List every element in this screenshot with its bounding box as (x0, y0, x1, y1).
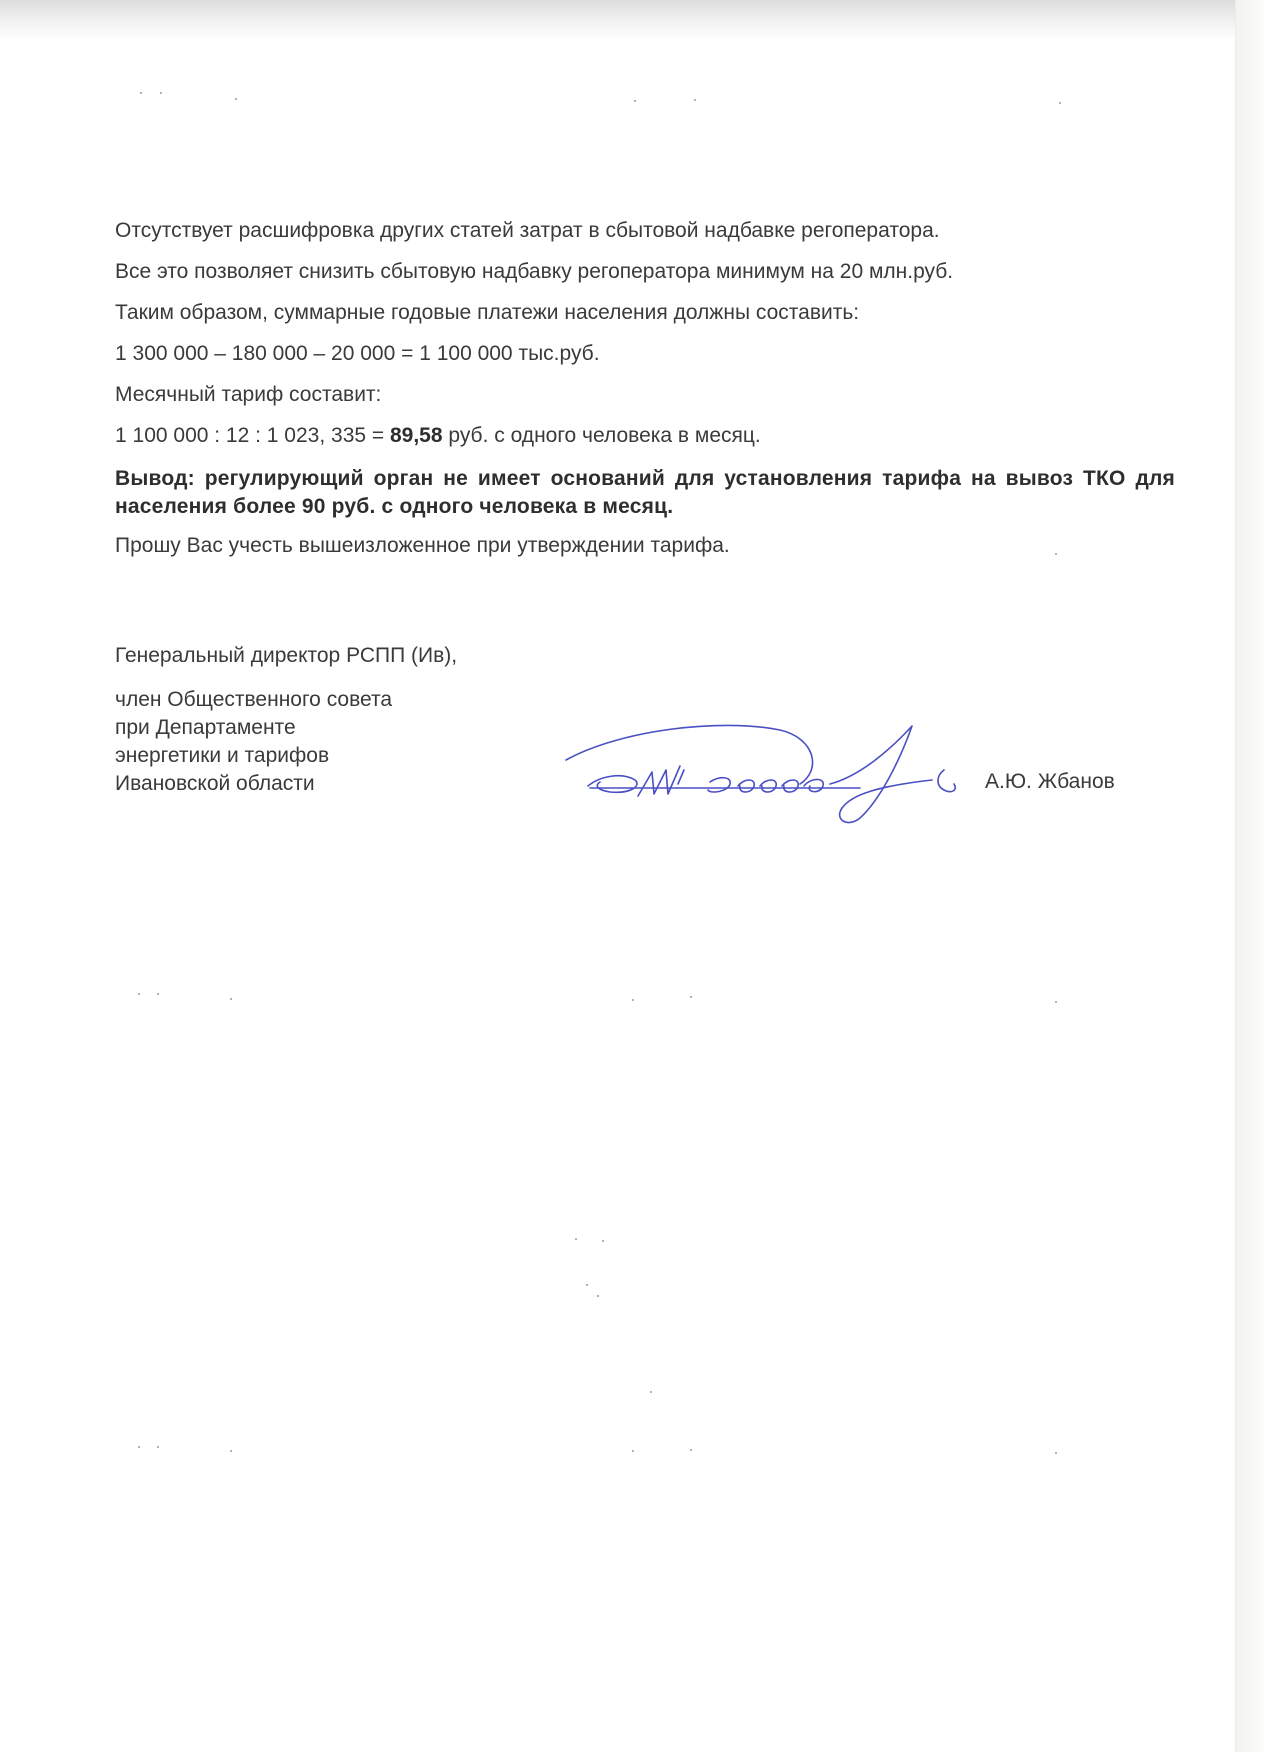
signatory-title-block: Генеральный директор РСПП (Ив), член Общ… (115, 644, 457, 798)
scan-speck (140, 92, 142, 94)
scan-speck (650, 1391, 652, 1393)
scanned-page: Отсутствует расшифровка других статей за… (0, 0, 1264, 1752)
scan-speck (632, 1450, 634, 1452)
scan-speck (138, 993, 140, 995)
paragraph-missing-breakdown: Отсутствует расшифровка других статей за… (115, 210, 1175, 251)
calculation-expression: 1 100 000 : 12 : 1 023, 335 = (115, 424, 390, 447)
scan-speck (586, 1284, 588, 1286)
council-line: член Общественного совета (115, 686, 457, 714)
signatory-council-membership: член Общественного совета при Департамен… (115, 686, 457, 798)
scan-speck (138, 1446, 140, 1448)
scan-speck (602, 1240, 604, 1242)
signatory-role: Генеральный директор РСПП (Ив), (115, 644, 457, 668)
scan-speck (694, 99, 696, 101)
handwritten-signature-icon (560, 720, 980, 830)
scan-speck (597, 1295, 599, 1297)
scan-right-edge (1235, 0, 1264, 1752)
council-line: энергетики и тарифов (115, 742, 457, 770)
scan-speck (575, 1238, 577, 1240)
calculation-result: 89,58 (390, 424, 443, 447)
council-line: при Департаменте (115, 714, 457, 742)
scan-speck (160, 92, 162, 94)
scan-speck (230, 998, 232, 1000)
letter-body: Отсутствует расшифровка других статей за… (115, 210, 1175, 566)
council-line: Ивановской области (115, 770, 457, 798)
scan-top-shadow (0, 0, 1264, 40)
scan-speck (157, 1446, 159, 1448)
calculation-unit: руб. с одного человека в месяц. (443, 424, 761, 447)
conclusion-paragraph: Вывод: регулирующий орган не имеет основ… (115, 465, 1175, 521)
scan-speck (1059, 102, 1061, 104)
scan-speck (230, 1450, 232, 1452)
paragraph-monthly-calculation: 1 100 000 : 12 : 1 023, 335 = 89,58 руб.… (115, 415, 1175, 456)
scan-speck (1055, 1001, 1057, 1003)
scan-speck (632, 999, 634, 1001)
paragraph-annual-payments: Таким образом, суммарные годовые платежи… (115, 292, 1175, 333)
paragraph-reduce-markup: Все это позволяет снизить сбытовую надба… (115, 251, 1175, 292)
scan-speck (634, 100, 636, 102)
scan-speck (690, 996, 692, 998)
request-paragraph: Прошу Вас учесть вышеизложенное при утве… (115, 525, 1175, 566)
paragraph-monthly-tariff-label: Месячный тариф составит: (115, 374, 1175, 415)
paragraph-annual-calculation: 1 300 000 – 180 000 – 20 000 = 1 100 000… (115, 333, 1175, 374)
scan-speck (157, 993, 159, 995)
scan-speck (1055, 1452, 1057, 1454)
scan-speck (690, 1449, 692, 1451)
scan-speck (235, 98, 237, 100)
signer-name: А.Ю. Жбанов (985, 770, 1115, 794)
